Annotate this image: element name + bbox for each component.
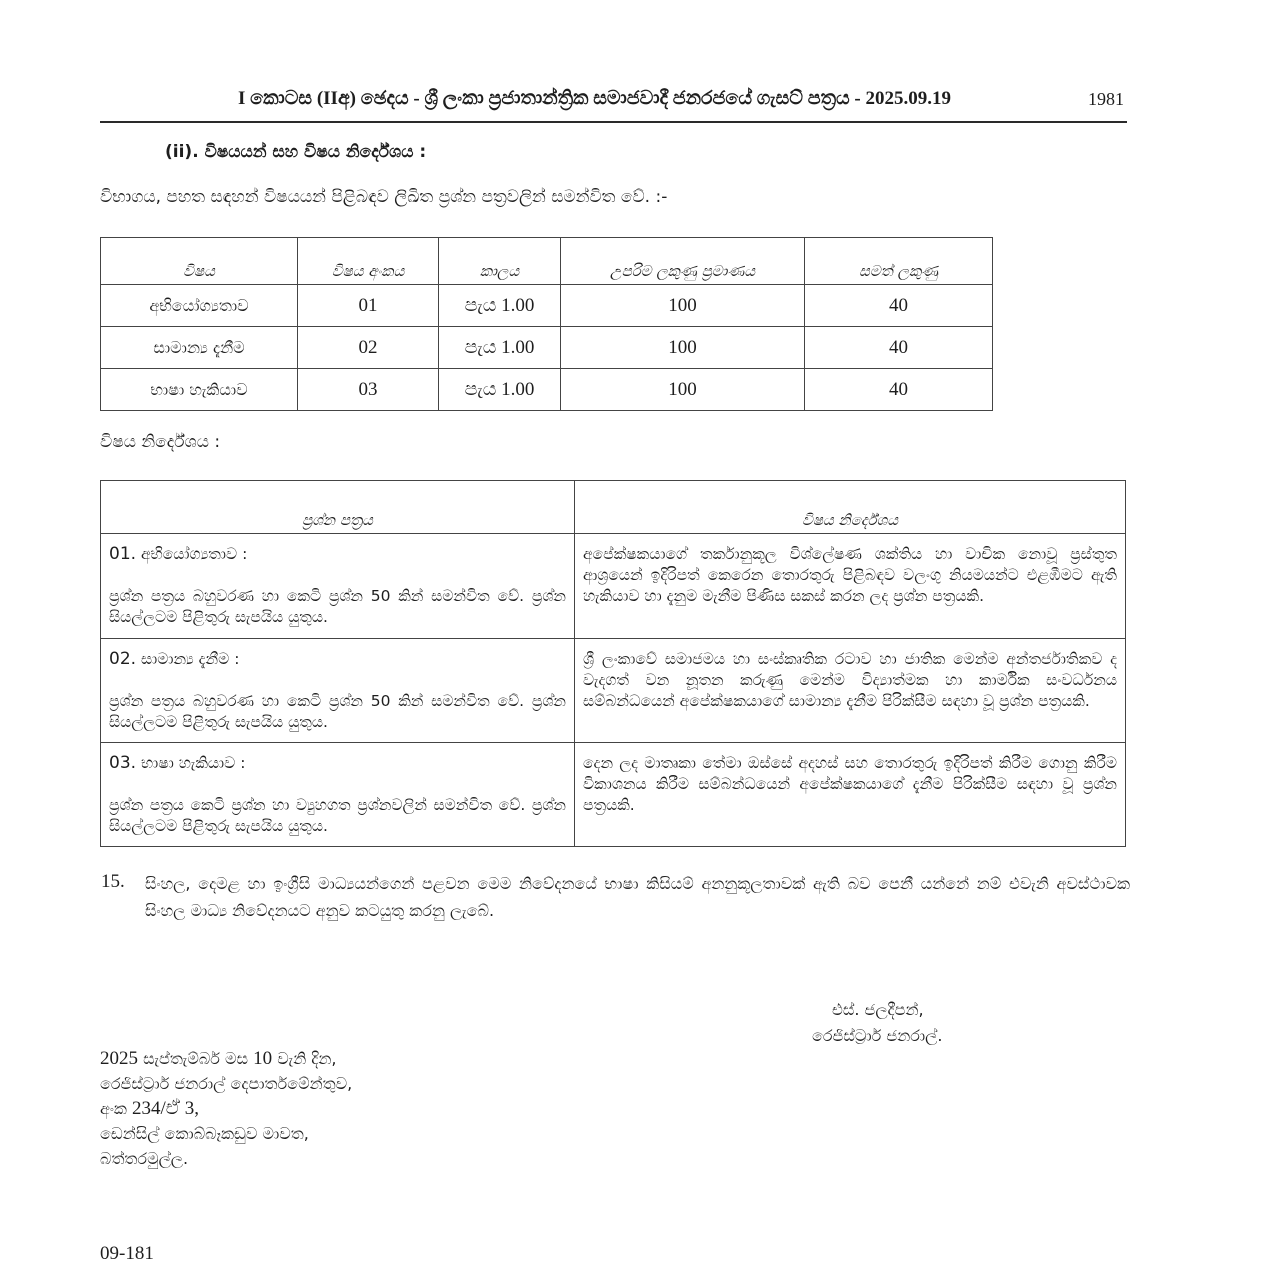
subject-name: අභියෝග්‍යතාව xyxy=(101,285,298,327)
paper-number: 02. xyxy=(109,649,136,669)
subject-code: 02 xyxy=(298,327,439,369)
table-row: 03. භාෂා හැකියාව : ප්‍රශ්න පත්‍රය කෙටි ප… xyxy=(101,743,1126,847)
subject-max-marks: 100 xyxy=(561,369,805,411)
subjects-table: විෂය විෂය අංකය කාලය උපරිම ලකුණු ප්‍රමාණය… xyxy=(100,237,993,411)
subject-duration: පැය 1.00 xyxy=(439,369,561,411)
header-rule xyxy=(100,121,1127,123)
column-header-max-marks: උපරිම ලකුණු ප්‍රමාණය xyxy=(561,238,805,285)
subject-pass-marks: 40 xyxy=(805,327,993,369)
subject-code: 03 xyxy=(298,369,439,411)
syllabus-description: අපේක්ෂකයාගේ තර්කානුකූල විශ්ලේෂණ ශක්තිය හ… xyxy=(575,534,1125,609)
running-head: I කොටස (IIඅ) ඡෙදය - ශ්‍රී ලංකා ප්‍රජාතාන… xyxy=(238,88,951,110)
table-header-row: විෂය විෂය අංකය කාලය උපරිම ලකුණු ප්‍රමාණය… xyxy=(101,238,993,285)
clause-number: 15. xyxy=(101,871,125,893)
paper-number: 03. xyxy=(109,753,136,773)
street-number-prefix: අංක xyxy=(100,1099,132,1118)
table-row: සාමාන්‍ය දැනීම 02 පැය 1.00 100 40 xyxy=(101,327,993,369)
syllabus-description: දෙන ලද මාතෘකා තේමා ඔස්සේ අදහස් සහ තොරතුර… xyxy=(575,743,1125,818)
date-suffix: වැනි දින, xyxy=(272,1049,336,1068)
column-header-syllabus: විෂය නිර්දේශය xyxy=(575,481,1126,534)
date-line: 2025 සැප්තැම්බර් මස 10 වැනි දින, xyxy=(100,1046,352,1071)
street-number: 234/ඒ 3, xyxy=(132,1098,199,1119)
paper-name: අභියෝග්‍යතාව : xyxy=(136,545,247,563)
paper-title: 01. අභියෝග්‍යතාව : xyxy=(109,544,566,565)
question-paper-cell: 02. සාමාන්‍ය දැනීම : ප්‍රශ්න පත්‍රය බහුව… xyxy=(101,639,575,743)
street-line: ඩෙන්සිල් කොබ්බෑකඩුව මාවත, xyxy=(100,1121,352,1146)
date-month: සැප්තැම්බර් මස xyxy=(138,1049,253,1068)
subject-name: සාමාන්‍ය දැනීම xyxy=(101,327,298,369)
city-line: බත්තරමුල්ල. xyxy=(100,1146,352,1171)
table-header-row: ප්‍රශ්න පත්‍රය විෂය නිර්දේශය xyxy=(101,481,1126,534)
column-header-pass-marks: සමත් ලකුණු xyxy=(805,238,993,285)
signatory-name: එස්. ජලදීපන්, xyxy=(812,997,942,1023)
paper-title: 02. සාමාන්‍ය දැනීම : xyxy=(109,649,566,670)
clause-text: සිංහල, දෙමළ හා ඉංග්‍රීසි මාධ්‍යයන්ගෙන් ප… xyxy=(145,870,1130,924)
address-block: 2025 සැප්තැම්බර් මස 10 වැනි දින, රෙජිස්ට… xyxy=(100,1046,352,1171)
street-number-line: අංක 234/ඒ 3, xyxy=(100,1096,352,1121)
paper-description: ප්‍රශ්න පත්‍රය බහුවරණ හා කෙටි ප්‍රශ්න 50… xyxy=(109,691,566,733)
question-paper-cell: 03. භාෂා හැකියාව : ප්‍රශ්න පත්‍රය කෙටි ප… xyxy=(101,743,575,847)
column-header-duration: කාලය xyxy=(439,238,561,285)
syllabus-cell: දෙන ලද මාතෘකා තේමා ඔස්සේ අදහස් සහ තොරතුර… xyxy=(575,743,1126,847)
syllabus-table: ප්‍රශ්න පත්‍රය විෂය නිර්දේශය 01. අභියෝග්… xyxy=(100,480,1126,847)
subject-pass-marks: 40 xyxy=(805,369,993,411)
paper-description: ප්‍රශ්න පත්‍රය බහුවරණ හා කෙටි ප්‍රශ්න 50… xyxy=(109,586,566,628)
column-header-subject: විෂය xyxy=(101,238,298,285)
syllabus-label: විෂය නිර්දේශය : xyxy=(100,432,220,452)
paper-title: 03. භාෂා හැකියාව : xyxy=(109,753,566,774)
section-heading: (ii). විෂයයන් සහ විෂය නිර්දේශය : xyxy=(165,142,426,162)
intro-text: විභාගය, පහත සඳහන් විෂයයන් පිළිබඳව ලිඛිත … xyxy=(100,187,667,207)
subject-max-marks: 100 xyxy=(561,285,805,327)
paper-description: ප්‍රශ්න පත්‍රය කෙටි ප්‍රශ්න හා ව්‍යුහගත … xyxy=(109,795,566,837)
page-number: 1981 xyxy=(1088,89,1124,110)
signature-block: එස්. ජලදීපන්, රෙජිස්ට්‍රාර් ජනරාල්. xyxy=(812,997,942,1049)
subject-pass-marks: 40 xyxy=(805,285,993,327)
signatory-title: රෙජිස්ට්‍රාර් ජනරාල්. xyxy=(812,1023,942,1049)
table-row: 02. සාමාන්‍ය දැනීම : ප්‍රශ්න පත්‍රය බහුව… xyxy=(101,639,1126,743)
table-row: 01. අභියෝග්‍යතාව : ප්‍රශ්න පත්‍රය බහුවරණ… xyxy=(101,534,1126,639)
paper-name: භාෂා හැකියාව : xyxy=(136,754,245,772)
paper-number: 01. xyxy=(109,544,136,564)
paper-name: සාමාන්‍ය දැනීම : xyxy=(136,650,239,668)
footer-code: 09-181 xyxy=(100,1243,154,1265)
department-line: රෙජිස්ට්‍රාර් ජනරාල් දෙපාර්තමේන්තුව, xyxy=(100,1071,352,1096)
syllabus-description: ශ්‍රී ලංකාවේ සමාජමය හා සංස්කෘතික රටාව හා… xyxy=(575,639,1125,714)
date-year: 2025 xyxy=(100,1048,138,1069)
subject-duration: පැය 1.00 xyxy=(439,285,561,327)
date-day: 10 xyxy=(253,1048,272,1069)
subject-duration: පැය 1.00 xyxy=(439,327,561,369)
column-header-question-paper: ප්‍රශ්න පත්‍රය xyxy=(101,481,575,534)
syllabus-cell: ශ්‍රී ලංකාවේ සමාජමය හා සංස්කෘතික රටාව හා… xyxy=(575,639,1126,743)
subject-max-marks: 100 xyxy=(561,327,805,369)
table-row: අභියෝග්‍යතාව 01 පැය 1.00 100 40 xyxy=(101,285,993,327)
subject-name: භාෂා හැකියාව xyxy=(101,369,298,411)
syllabus-cell: අපේක්ෂකයාගේ තර්කානුකූල විශ්ලේෂණ ශක්තිය හ… xyxy=(575,534,1126,639)
table-row: භාෂා හැකියාව 03 පැය 1.00 100 40 xyxy=(101,369,993,411)
column-header-subject-code: විෂය අංකය xyxy=(298,238,439,285)
question-paper-cell: 01. අභියෝග්‍යතාව : ප්‍රශ්න පත්‍රය බහුවරණ… xyxy=(101,534,575,639)
subject-code: 01 xyxy=(298,285,439,327)
